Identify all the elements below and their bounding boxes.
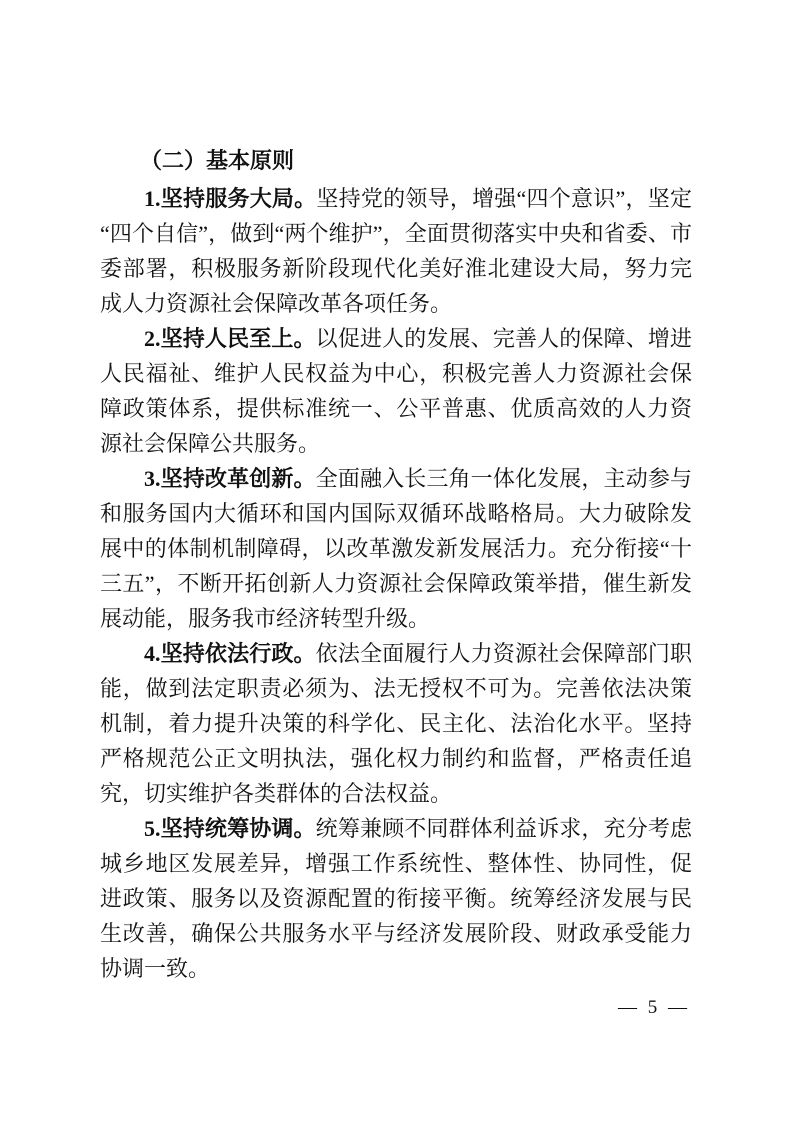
document-body: （二）基本原则 1.坚持服务大局。坚持党的领导，增强“四个意识”，坚定“四个自信… <box>100 143 692 986</box>
document-page: （二）基本原则 1.坚持服务大局。坚持党的领导，增强“四个意识”，坚定“四个自信… <box>0 0 793 1122</box>
paragraph-3-lead: 3.坚持改革创新。 <box>144 466 316 491</box>
paragraph-1: 1.坚持服务大局。坚持党的领导，增强“四个意识”，坚定“四个自信”，做到“两个维… <box>100 181 692 321</box>
section-heading: （二）基本原则 <box>100 143 692 179</box>
paragraph-5-lead: 5.坚持统筹协调。 <box>144 816 316 841</box>
paragraph-4: 4.坚持依法行政。依法全面履行人力资源社会保障部门职能，做到法定职责必须为、法无… <box>100 636 692 811</box>
paragraph-5: 5.坚持统筹协调。统筹兼顾不同群体利益诉求，充分考虑城乡地区发展差异，增强工作系… <box>100 811 692 986</box>
paragraph-3: 3.坚持改革创新。全面融入长三角一体化发展，主动参与和服务国内大循环和国内国际双… <box>100 461 692 636</box>
paragraph-4-lead: 4.坚持依法行政。 <box>144 641 316 666</box>
paragraph-1-lead: 1.坚持服务大局。 <box>144 186 316 211</box>
paragraph-2: 2.坚持人民至上。以促进人的发展、完善人的保障、增进人民福祉、维护人民权益为中心… <box>100 321 692 461</box>
paragraph-2-lead: 2.坚持人民至上。 <box>144 326 316 351</box>
page-number: — 5 — <box>618 997 690 1019</box>
